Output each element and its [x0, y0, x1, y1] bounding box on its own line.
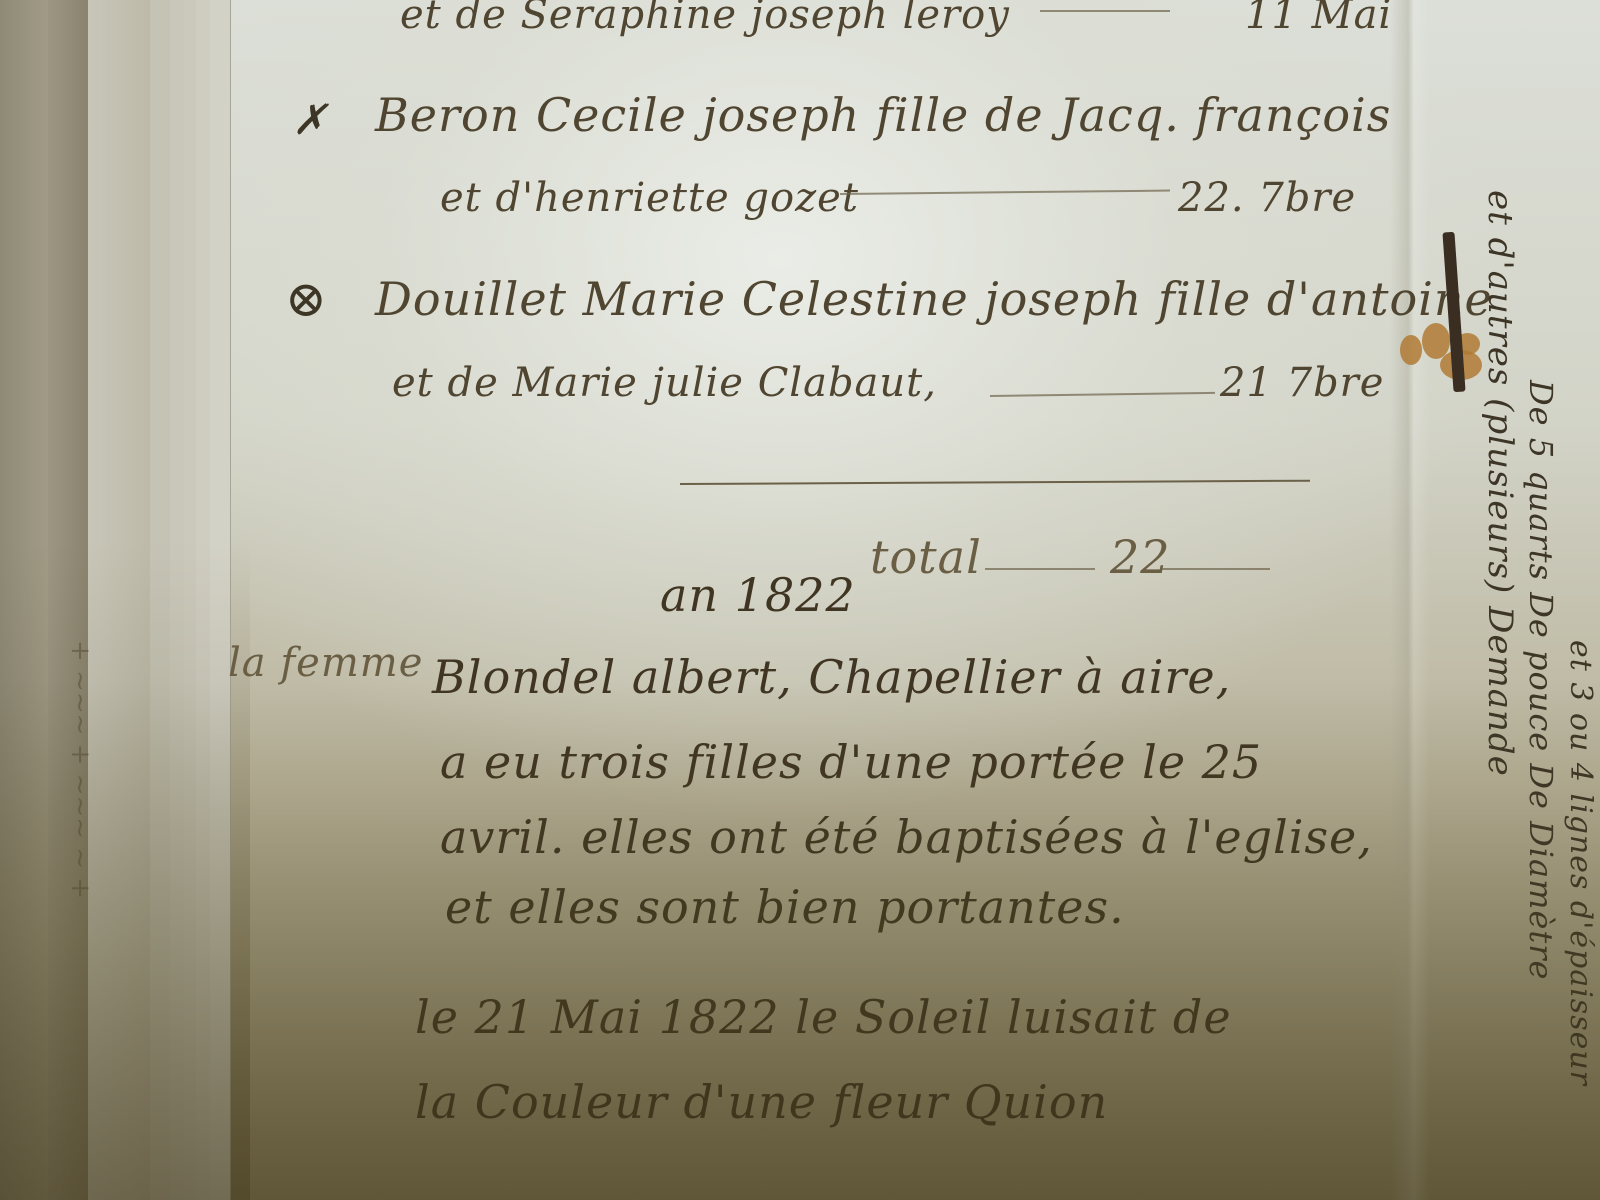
note-triplets-line-1: Blondel albert, Chapellier à aire,: [432, 650, 1231, 704]
entry-douillet-line-1: Douillet Marie Celestine joseph fille d'…: [375, 272, 1493, 326]
page-fold: [1390, 0, 1430, 1200]
edge-shadow: [0, 0, 250, 1200]
note-sun-line-1: le 21 Mai 1822 le Soleil luisait de: [415, 990, 1232, 1044]
book-page-edges: [0, 0, 250, 1200]
cross-mark-icon: ✗: [292, 95, 327, 144]
total-label: total: [870, 530, 982, 584]
total-rule: [985, 568, 1095, 570]
entry-douillet-date: 21 7bre: [1220, 360, 1384, 406]
right-margin-note-line-1: et d'autres (plusieurs) Demande: [1480, 190, 1520, 777]
note-triplets-line-3: avril. elles ont été baptisées à l'eglis…: [440, 810, 1373, 864]
entry-beron-line-2: et d'henriette gozet: [440, 175, 859, 221]
year-heading: an 1822: [660, 568, 856, 622]
note-triplets-line-4: et elles sont bien portantes.: [445, 880, 1125, 934]
total-rule-2: [1160, 568, 1270, 570]
entry-top-rule: [1040, 10, 1170, 12]
entry-top-line: et de Seraphine joseph leroy: [400, 0, 1010, 38]
entry-top-date: 11 Mai: [1245, 0, 1392, 38]
ink-stain: [1400, 315, 1490, 390]
total-value: 22: [1110, 530, 1171, 584]
right-margin-note-line-2: De 5 quarts De pouce De Diamètre: [1522, 380, 1560, 980]
entry-beron-line-1: Beron Cecile joseph fille de Jacq. franç…: [375, 88, 1391, 142]
entry-douillet-line-2: et de Marie julie Clabaut,: [392, 360, 937, 406]
note-triplets-line-2: a eu trois filles d'une portée le 25: [440, 735, 1262, 789]
left-edge-note: + ~~~ + ~~~ ~ +: [65, 640, 95, 899]
note-sun-line-2: la Couleur d'une fleur Quion: [415, 1075, 1108, 1129]
entry-beron-date: 22. 7bre: [1178, 175, 1356, 221]
circled-cross-mark-icon: ⊗: [285, 270, 327, 328]
right-margin-note-line-3: et 3 ou 4 lignes d'épaisseur: [1563, 640, 1598, 1086]
note-margin-label: la femme: [228, 640, 423, 686]
